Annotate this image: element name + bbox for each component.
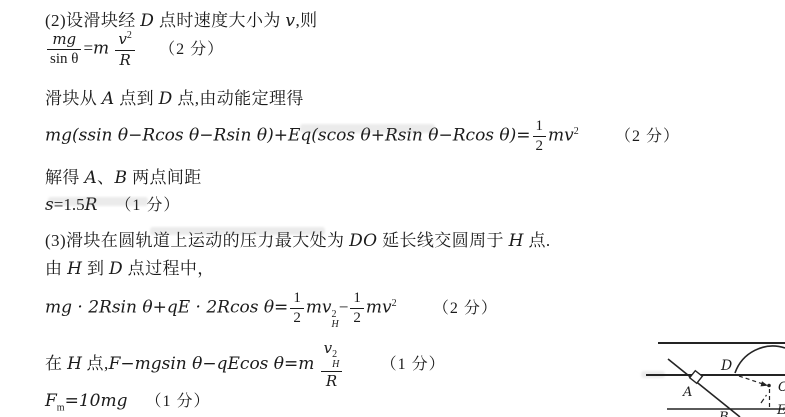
text-fragment: 点. xyxy=(524,231,551,250)
fraction-numerator: 1 xyxy=(533,118,547,137)
math-var-v: v xyxy=(118,30,126,48)
eq-force-at-h: 在 H 点,F−mgsin θ−qEcos θ=m v2HR （1 分） xyxy=(45,340,446,390)
text-fragment: (2)设滑块经 xyxy=(45,11,140,30)
superscript: 2 xyxy=(574,126,579,137)
score-label: （1 分） xyxy=(381,356,446,373)
math-var-s: s xyxy=(45,195,54,215)
math-var-h: H xyxy=(509,231,524,251)
work-energy-intro-text: 滑块从 A 点到 D 点,由动能定理得 xyxy=(45,84,304,109)
center-point-dot xyxy=(767,384,771,388)
text-fragment: (3)滑块在圆轨道上运动的压力最大处为 xyxy=(45,231,349,250)
text-fragment: 点过程中， xyxy=(123,259,215,278)
text-fragment: 解得 xyxy=(45,168,84,187)
sup-sub-stack: 2H xyxy=(332,310,339,330)
label-o: O xyxy=(778,380,785,395)
fraction-denominator: 2 xyxy=(350,309,364,327)
fraction-denominator: R xyxy=(321,372,343,390)
fraction: 12 xyxy=(290,290,304,328)
fraction: v2HR xyxy=(321,340,343,390)
fraction-denominator: 2 xyxy=(533,137,547,155)
arrowhead xyxy=(761,381,769,386)
part-2-intro-text: (2)设滑块经 D 点时速度大小为 v,则 xyxy=(45,6,318,31)
math-var-d: D xyxy=(159,89,173,109)
text-fragment: ,则 xyxy=(295,11,317,30)
text-fragment: 、 xyxy=(97,168,114,187)
math-var-h: H xyxy=(67,354,82,374)
score-label: （2 分） xyxy=(615,128,680,145)
fraction-denominator: R xyxy=(115,51,134,69)
math-term: mv xyxy=(366,298,392,318)
eq-h-to-d-energy: mg · 2Rsin θ+qE · 2Rcos θ=12mv2H−12mv2 （… xyxy=(45,290,498,330)
h-to-d-text: 由 H 到 D 点过程中， xyxy=(45,254,215,279)
fraction: mgsin θ xyxy=(47,31,81,69)
math-var-h: H xyxy=(67,259,82,279)
text-fragment: 两点间距 xyxy=(127,168,201,187)
dashed-do-line xyxy=(739,376,763,384)
text-fragment: 点时速度大小为 xyxy=(154,11,285,30)
math-var-d: D xyxy=(140,11,154,31)
math-var-b: B xyxy=(115,168,128,188)
equals-sign: = xyxy=(83,39,93,58)
math-term: mv xyxy=(306,298,332,318)
fraction-denominator: sin θ xyxy=(47,50,81,68)
fraction: v2R xyxy=(115,30,134,70)
text-fragment: 由 xyxy=(45,259,67,278)
solve-ab-distance-text: 解得 A、B 两点间距 xyxy=(45,163,202,188)
math-var-m: m xyxy=(93,39,109,59)
text-fragment: 滑块从 xyxy=(45,89,102,108)
subscript: H xyxy=(332,360,339,370)
math-var-a: A xyxy=(84,168,97,188)
math-var-v: v xyxy=(324,339,332,357)
fraction: 12 xyxy=(350,290,364,328)
dashed-diagonal-segment xyxy=(761,395,767,403)
sup-sub-stack: 2H xyxy=(332,350,339,370)
text-fragment: 在 xyxy=(45,354,67,373)
score-label: （1 分） xyxy=(145,393,210,410)
minus-sign: − xyxy=(339,298,349,317)
text-fragment: 延长线交圆周于 xyxy=(377,231,508,250)
part-3-intro-text: (3)滑块在圆轨道上运动的压力最大处为 DO 延长线交圆周于 H 点. xyxy=(45,226,551,251)
score-label: （2 分） xyxy=(433,300,498,317)
score-label: （2 分） xyxy=(159,41,224,58)
eq-work-energy: mg(ssin θ−Rcos θ−Rsin θ)+Eq(scos θ+Rsin … xyxy=(45,118,680,156)
fraction-numerator: v2 xyxy=(115,30,134,51)
fraction-numerator: mg xyxy=(47,31,81,50)
math-var-a: A xyxy=(102,89,115,109)
text-fragment: 点到 xyxy=(115,89,159,108)
equation-body: mg(ssin θ−Rcos θ−Rsin θ)+Eq(scos θ+Rsin … xyxy=(45,126,531,146)
scanned-solution-page: { "doc": { "line1": {"t1":"(2)设滑块经 ","v1… xyxy=(0,0,785,417)
circle-arc xyxy=(735,346,785,373)
label-corner: E xyxy=(776,403,785,417)
label-b: B xyxy=(718,410,729,417)
score-label: （1 分） xyxy=(115,197,180,214)
text-fragment: 点, xyxy=(82,354,109,373)
superscript: 2 xyxy=(127,30,132,41)
subscript: H xyxy=(332,320,339,330)
label-d: D xyxy=(720,358,732,374)
equation-value: =10mg xyxy=(65,391,128,411)
math-var-f: F xyxy=(45,391,57,411)
fraction-denominator: 2 xyxy=(290,309,304,327)
superscript: 2 xyxy=(392,298,397,309)
label-a: A xyxy=(682,385,692,400)
text-fragment: 点,由动能定理得 xyxy=(173,89,304,108)
equation-body: F−mgsin θ−qEcos θ=m xyxy=(109,354,315,374)
fraction-numerator: 1 xyxy=(350,290,364,309)
slider-block xyxy=(690,371,703,384)
eq-ab-distance: s=1.5R（1 分） xyxy=(45,192,180,215)
eq-max-force: Fm=10mg（1 分） xyxy=(45,388,210,413)
fraction-numerator: 1 xyxy=(290,290,304,309)
text-fragment: 到 xyxy=(82,259,109,278)
fraction-numerator: v2H xyxy=(321,340,343,372)
equation-body: mg · 2Rsin θ+qE · 2Rcos θ= xyxy=(45,298,288,318)
eq-circular-motion: mgsin θ=m v2R （2 分） xyxy=(45,30,224,70)
subscript: m xyxy=(57,402,65,413)
math-var-do: DO xyxy=(349,231,377,251)
equation-value: =1.5 xyxy=(54,195,85,214)
math-var-d: D xyxy=(109,259,123,279)
math-term: mv xyxy=(548,126,574,146)
fraction: 12 xyxy=(533,118,547,156)
physics-diagram: A D O B E xyxy=(638,330,785,417)
math-var-r: R xyxy=(85,195,98,215)
math-var-v: v xyxy=(285,11,295,31)
